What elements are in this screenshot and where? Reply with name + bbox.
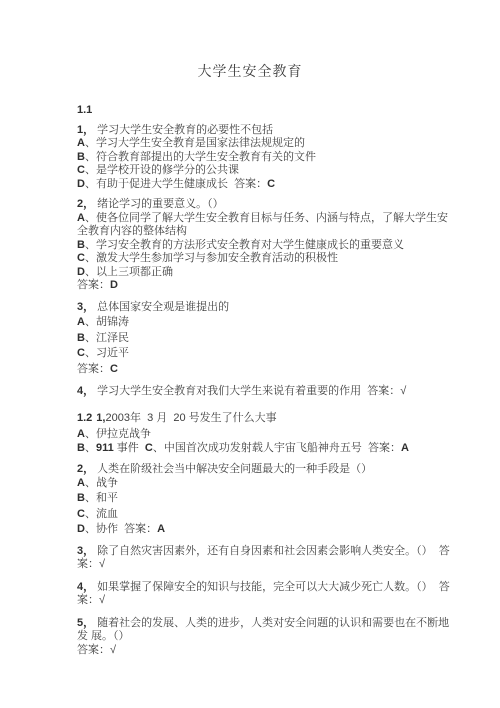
option-letter: D [77, 266, 85, 278]
option-b: B、学习安全教育的方法形式安全教育对大学生健康成长的重要意义 [77, 239, 450, 253]
question-number: 2， [77, 198, 94, 210]
question-text: 3， 除了自然灾害因素外，还有自身因素和社会因素会影响人类安全。（） 答 [77, 545, 450, 559]
answer-value: A [401, 442, 409, 454]
option-b: B、江泽民 [77, 332, 450, 346]
option-letter: C [77, 252, 85, 264]
question-2: 2， 人类在阶级社会当中解决安全问题最大的一种手段是（） A、战争 B、和平 C… [77, 463, 450, 537]
option-c: C、习近平 [77, 347, 450, 361]
answer-value: C [110, 363, 118, 375]
section-heading: 1.2 [77, 412, 92, 424]
option-letter: D [77, 178, 85, 190]
section-1-1: 1.1 1， 学习大学生安全教育的必要性不包括 A、学习大学生安全教育是国家法律… [77, 104, 450, 399]
option-letter: A [77, 477, 85, 489]
question-continuation: 发 展。（） [77, 630, 450, 644]
option-letter: B [77, 492, 85, 504]
text-segment: 2003年 3 月 20 号发生了什么大事 [105, 412, 276, 424]
text-segment: 除了自然灾害因素外，还有自身因素和社会因素会影响人类安全。（） 答 [94, 545, 450, 557]
answer-value: D [110, 279, 118, 291]
text-segment: 学习大学生安全教育的必要性不包括 [94, 124, 273, 136]
question-3: 3， 总体国家安全观是谁提出的 A、胡锦涛 B、江泽民 C、习近平 答案：C [77, 301, 450, 377]
question-number: 4， [77, 581, 94, 593]
text-segment: 随着社会的发展、人类的进步，人类对安全问题的认识和需要也在不断地 [94, 617, 449, 629]
option-text: 、战争 [85, 477, 118, 489]
question-number: 4， [77, 385, 94, 397]
document-title: 大学生安全教育 [0, 0, 500, 80]
option-text: 、和平 [85, 492, 118, 504]
question-1: 1.21,2003年 3 月 20 号发生了什么大事 A、伊拉克战争 B、911… [77, 412, 450, 456]
answer-line: 答案：√ [77, 644, 450, 658]
option-text: 、符合教育部提出的大学生安全教育有关的文件 [85, 151, 316, 163]
option-a: A、学习大学生安全教育是国家法律法规规定的 [77, 137, 450, 151]
option-text-bold: 911 [96, 442, 114, 454]
answer-line: 答案：D [77, 279, 450, 293]
text-segment: 绪论学习的重要意义。（） [94, 198, 224, 210]
answer-label: 答案：√ [77, 644, 116, 656]
answer-line: 答案：C [77, 363, 450, 377]
question-3: 3， 除了自然灾害因素外，还有自身因素和社会因素会影响人类安全。（） 答 案：√ [77, 545, 450, 572]
question-number: 3， [77, 301, 94, 313]
answer-label: 答案： [77, 279, 110, 291]
continuation-text: 案：√ [77, 558, 105, 570]
question-text: 4， 学习大学生安全教育对我们大学生来说有着重要的作用 答案：√ [77, 385, 450, 399]
question-text: 3， 总体国家安全观是谁提出的 [77, 301, 450, 315]
option-a: A、使各位同学了解大学生安全教育目标与任务、内涵与特点，了解大学生安 [77, 212, 450, 226]
option-text: 事件 [114, 442, 145, 454]
question-text: 5， 随着社会的发展、人类的进步，人类对安全问题的认识和需要也在不断地 [77, 617, 450, 631]
option-text: 、以上三项都正确 [85, 266, 173, 278]
question-number: 5， [77, 617, 94, 629]
question-text: 1， 学习大学生安全教育的必要性不包括 [77, 124, 450, 138]
option-text: 、有助于促进大学生健康成长 答案： [85, 178, 267, 190]
text-segment: 总体国家安全观是谁提出的 [94, 301, 229, 313]
question-text: 2， 人类在阶级社会当中解决安全问题最大的一种手段是（） [77, 463, 450, 477]
option-text: 、流血 [85, 508, 118, 520]
section-1-2: 1.21,2003年 3 月 20 号发生了什么大事 A、伊拉克战争 B、911… [77, 412, 450, 658]
option-c: C、激发大学生参加学习与参加安全教育活动的积极性 [77, 252, 450, 266]
answer-value: A [157, 523, 165, 535]
option-a: A、战争 [77, 477, 450, 491]
question-2: 2， 绪论学习的重要意义。（） A、使各位同学了解大学生安全教育目标与任务、内涵… [77, 198, 450, 293]
option-letter: C [77, 347, 85, 359]
option-d-with-answer: D、有助于促进大学生健康成长 答案：C [77, 178, 450, 192]
option-text: 、使各位同学了解大学生安全教育目标与任务、内涵与特点，了解大学生安 [85, 212, 448, 224]
answer-continuation: 案：√ [77, 594, 450, 608]
answer-label: 答案： [77, 363, 110, 375]
question-1: 1， 学习大学生安全教育的必要性不包括 A、学习大学生安全教育是国家法律法规规定… [77, 124, 450, 192]
option-c: C、是学校开设的修学分的公共课 [77, 164, 450, 178]
option-letter: A [77, 212, 85, 224]
continuation-text: 案：√ [77, 594, 105, 606]
continuation-text: 发 展。（） [77, 630, 130, 642]
option-letter: C [77, 164, 85, 176]
question-number: 1， [77, 124, 94, 136]
option-letter: A [77, 316, 85, 328]
option-text: 、中国首次成功发射载人宇宙飞船神舟五号 答案： [153, 442, 401, 454]
option-d-with-answer: D、协作 答案：A [77, 523, 450, 537]
option-letter: D [77, 523, 85, 535]
option-text: 、是学校开设的修学分的公共课 [85, 164, 239, 176]
option-letter: B [77, 239, 85, 251]
option-a-continuation: 全教育内容的整体结构 [77, 225, 450, 239]
option-letter: B [77, 332, 85, 344]
section-heading: 1.1 [77, 104, 450, 118]
option-text: 、伊拉克战争 [85, 428, 151, 440]
option-text: 、学习安全教育的方法形式安全教育对大学生健康成长的重要意义 [85, 239, 404, 251]
option-letter: A [77, 428, 85, 440]
option-letter: C [77, 508, 85, 520]
option-b-c-with-answer: B、911 事件 C、中国首次成功发射载人宇宙飞船神舟五号 答案：A [77, 442, 450, 456]
option-a: A、胡锦涛 [77, 316, 450, 330]
option-text: 、胡锦涛 [85, 316, 129, 328]
option-text: 、学习大学生安全教育是国家法律法规规定的 [85, 137, 305, 149]
option-letter: A [77, 137, 85, 149]
option-letter: B [77, 151, 85, 163]
option-d: D、以上三项都正确 [77, 266, 450, 280]
option-text: 、 [85, 442, 96, 454]
option-a: A、伊拉克战争 [77, 428, 450, 442]
option-b: B、和平 [77, 492, 450, 506]
question-number: 2， [77, 463, 94, 475]
question-number: 3， [77, 545, 94, 557]
option-text: 、激发大学生参加学习与参加安全教育活动的积极性 [85, 252, 338, 264]
question-text: 4， 如果掌握了保障安全的知识与技能，完全可以大大减少死亡人数。（） 答 [77, 581, 450, 595]
option-text: 、江泽民 [85, 332, 129, 344]
text-segment: 如果掌握了保障安全的知识与技能，完全可以大大减少死亡人数。（） 答 [94, 581, 450, 593]
text-segment: 人类在阶级社会当中解决安全问题最大的一种手段是（） [94, 463, 372, 475]
option-text: 、协作 答案： [85, 523, 157, 535]
question-text: 2， 绪论学习的重要意义。（） [77, 198, 450, 212]
option-text: 、习近平 [85, 347, 129, 359]
option-letter: C [145, 442, 153, 454]
answer-value: C [267, 178, 275, 190]
continuation-text: 全教育内容的整体结构 [77, 225, 187, 237]
option-c: C、流血 [77, 508, 450, 522]
question-4: 4， 如果掌握了保障安全的知识与技能，完全可以大大减少死亡人数。（） 答 案：√ [77, 581, 450, 608]
document-content: 1.1 1， 学习大学生安全教育的必要性不包括 A、学习大学生安全教育是国家法律… [0, 104, 500, 657]
answer-continuation: 案：√ [77, 558, 450, 572]
question-4: 4， 学习大学生安全教育对我们大学生来说有着重要的作用 答案：√ [77, 385, 450, 399]
text-segment: 学习大学生安全教育对我们大学生来说有着重要的作用 答案：√ [94, 385, 406, 397]
question-5: 5， 随着社会的发展、人类的进步，人类对安全问题的认识和需要也在不断地 发 展。… [77, 617, 450, 658]
option-letter: B [77, 442, 85, 454]
document-page: 大学生安全教育 1.1 1， 学习大学生安全教育的必要性不包括 A、学习大学生安… [0, 0, 500, 708]
option-b: B、符合教育部提出的大学生安全教育有关的文件 [77, 151, 450, 165]
question-text: 1.21,2003年 3 月 20 号发生了什么大事 [77, 412, 450, 426]
